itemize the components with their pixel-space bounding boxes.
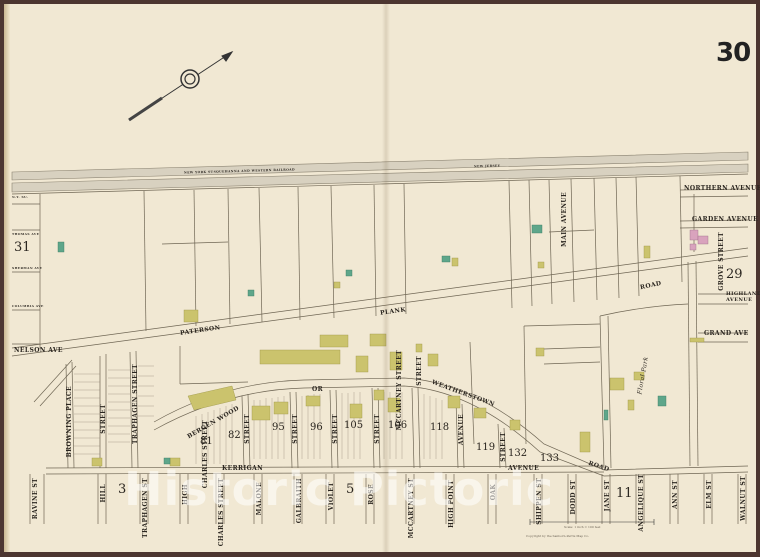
street-northern-ave: NORTHERN AVENUE xyxy=(684,185,760,192)
scale-caption: Scale: 1 inch = 100 feet xyxy=(564,525,601,529)
street-label: STREET xyxy=(100,404,107,434)
street-galbraith-street: STREET xyxy=(292,414,299,444)
street-mccartney-street: MCCARTNEY STREET xyxy=(396,350,403,430)
side-label: SHERMAN AVE xyxy=(12,266,42,270)
watermark: Historic Pictoric xyxy=(124,462,554,516)
street-oak-street: STREET xyxy=(500,432,507,462)
street-nelson-ave: NELSON AVE xyxy=(14,347,63,354)
page-number: 30 xyxy=(716,38,750,68)
atlas-spread: 30 31 29 N.Y. SU. THOMAS AVE SHERMAN AVE… xyxy=(0,0,760,557)
block-number: 96 xyxy=(310,422,323,433)
street-highland-ave: HIGHLAND AVENUE xyxy=(726,291,752,303)
railroad-band xyxy=(12,152,748,192)
street-malone-street: STREET xyxy=(244,414,251,444)
block-number: 105 xyxy=(344,420,363,431)
street-or: OR xyxy=(312,386,323,393)
street-label: STREET xyxy=(416,356,423,386)
street-violet-street: STREET xyxy=(332,414,339,444)
block-number: 82 xyxy=(228,430,241,441)
brick-buildings xyxy=(690,230,708,250)
block-number: 132 xyxy=(508,448,527,459)
street-garden-ave: GARDEN AVENUE xyxy=(692,216,758,223)
ward-number: 11 xyxy=(616,486,633,501)
adjacent-sheet-left: 31 xyxy=(14,240,31,255)
street-elm-st: ELM ST xyxy=(706,480,713,509)
north-arrow-icon xyxy=(129,52,232,120)
street-grand-ave: GRAND AVE xyxy=(704,330,749,337)
street-jane-st: JANE ST xyxy=(604,480,611,511)
block-number: 81 xyxy=(200,436,213,447)
railroad-label: NEW JERSEY xyxy=(474,164,500,169)
copyright-note: Copyright by the Sanborn-Perris Map Co. xyxy=(526,534,589,538)
side-label: COLUMBIA AVE xyxy=(12,304,44,308)
side-label: N.Y. SU. xyxy=(12,195,28,199)
street-high-point-avenue: AVENUE xyxy=(458,414,465,445)
side-label: THOMAS AVE xyxy=(12,232,39,236)
block-number: 118 xyxy=(430,422,449,433)
street-walnut-st: WALNUT ST xyxy=(740,476,747,521)
street-dodd-st: DODD ST xyxy=(570,480,577,515)
street-browning-place: BROWNING PLACE xyxy=(66,386,73,457)
adjacent-sheet-right: 29 xyxy=(726,267,743,282)
street-angelique-st: ANGELIQUE ST xyxy=(638,474,645,532)
map-sheet: 30 31 29 N.Y. SU. THOMAS AVE SHERMAN AVE… xyxy=(4,4,756,552)
block-number: 119 xyxy=(476,442,495,453)
street-grove-st: GROVE STREET xyxy=(718,232,725,291)
street-ravine-st: RAVINE ST xyxy=(32,478,39,519)
street-traphagen-street: TRAPHAGEN STREET xyxy=(132,364,139,444)
street-ann-st: ANN ST xyxy=(672,480,679,509)
block-number: 106 xyxy=(388,420,407,431)
street-main-ave: MAIN AVENUE xyxy=(561,192,568,247)
street-hill: HILL xyxy=(100,484,107,503)
street-rose-street: STREET xyxy=(374,414,381,444)
block-number: 95 xyxy=(272,422,285,433)
